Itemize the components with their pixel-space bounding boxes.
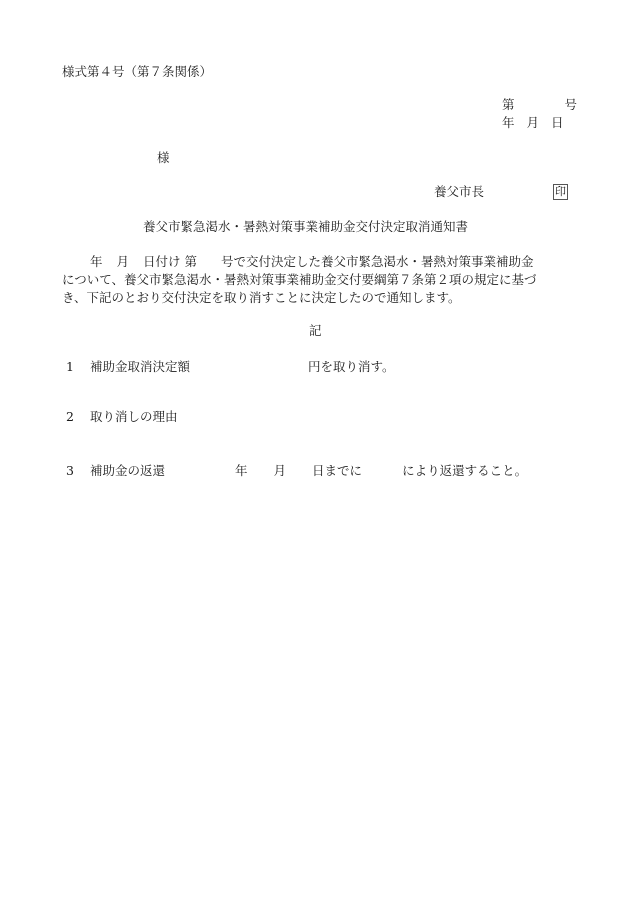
body-line-3: き、下記のとおり交付決定を取り消すことに決定したので通知します。	[62, 289, 572, 307]
issuer-title: 養父市長	[434, 186, 484, 199]
date-year: 年	[502, 115, 515, 130]
body-line-2: について、養父市緊急渇水・暑熱対策事業補助金交付要綱第７条第２項の規定に基づ	[62, 271, 572, 289]
doc-number-suffix: 号	[565, 97, 578, 112]
body-paragraph: 年月日付け 第号で交付決定した養父市緊急渇水・暑熱対策事業補助金 について、養父…	[62, 253, 572, 307]
item-label: 補助金取消決定額	[90, 359, 190, 374]
document-number: 第号	[502, 99, 577, 112]
ki-heading: 記	[309, 325, 322, 338]
document-date: 年月日	[502, 117, 564, 130]
item-refund: 3補助金の返還年月日までににより返還すること。	[66, 465, 527, 478]
item-label: 補助金の返還	[90, 463, 165, 478]
addressee: 様	[157, 152, 170, 165]
item-cancel-reason: 2取り消しの理由	[66, 411, 178, 424]
body-line-1: 年月日付け 第号で交付決定した養父市緊急渇水・暑熱対策事業補助金	[62, 253, 572, 271]
form-number: 様式第４号（第７条関係）	[62, 66, 212, 79]
item-cancel-amount: 1補助金取消決定額円を取り消す。	[66, 361, 395, 374]
date-month: 月	[527, 115, 540, 130]
item-label: 取り消しの理由	[90, 409, 178, 424]
seal-icon: 印	[553, 184, 568, 200]
doc-number-prefix: 第	[502, 97, 515, 112]
document-title: 養父市緊急渇水・暑熱対策事業補助金交付決定取消通知書	[143, 221, 468, 234]
date-day: 日	[551, 115, 564, 130]
